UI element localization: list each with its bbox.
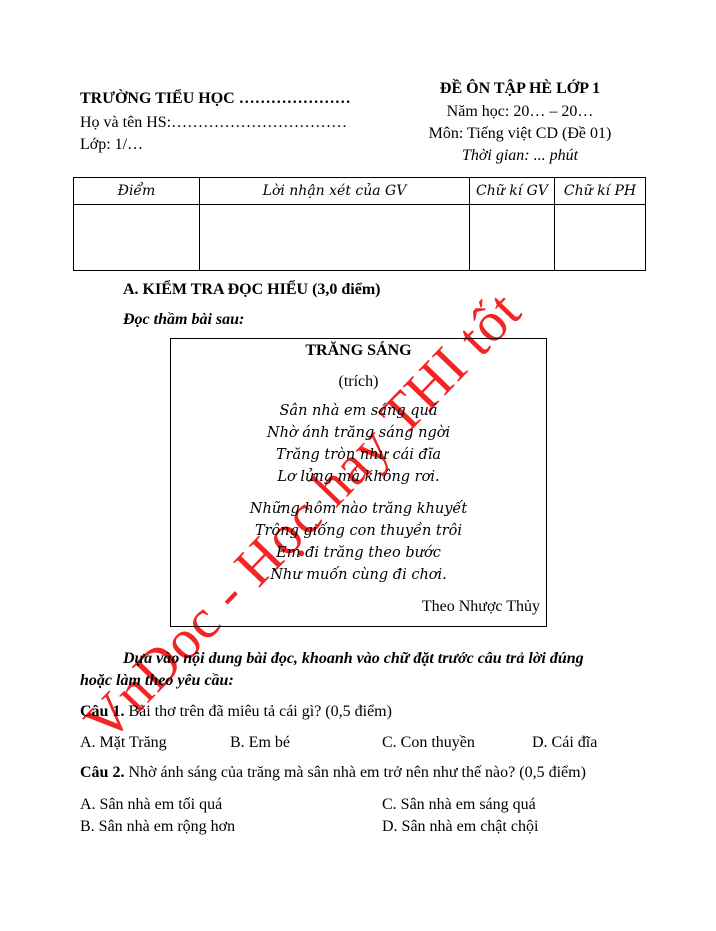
header-score: Điểm [74,178,200,205]
q2-option-a[interactable]: A. Sân nhà em tối quá [80,796,222,814]
question-1: Câu 1. Bài thơ trên đã miêu tả cái gì? (… [80,703,392,721]
student-name-field: Họ và tên HS:…………………………… [80,114,347,132]
q2-option-d[interactable]: D. Sân nhà em chật chội [382,818,538,836]
parent-signature-cell [555,205,646,271]
exam-title: ĐỀ ÔN TẬP HÈ LỚP 1 [390,80,650,98]
teacher-comment-cell [200,205,470,271]
section-a-title: A. KIỂM TRA ĐỌC HIỂU (3,0 điểm) [123,281,381,299]
poem-line: Trông giống con thuyền trôi [171,523,546,539]
header-teacher-comment: Lời nhận xét của GV [200,178,470,205]
header-parent-signature: Chữ kí PH [555,178,646,205]
poem-line: Em đi trăng theo bước [171,545,546,561]
school-name: TRƯỜNG TIỂU HỌC ………………… [80,90,351,108]
question-2-label: Câu 2. [80,764,124,781]
poem-line: Những hôm nào trăng khuyết [171,501,546,517]
question-1-label: Câu 1. [80,703,124,720]
q2-option-c[interactable]: C. Sân nhà em sáng quá [382,796,536,814]
q1-option-a[interactable]: A. Mặt Trăng [80,734,167,752]
poem-box: TRĂNG SÁNG (trích) Sân nhà em sáng quá N… [170,338,547,627]
poem-subtitle: (trích) [171,373,546,391]
school-year: Năm học: 20… – 20… [390,103,650,121]
q1-option-b[interactable]: B. Em bé [230,734,290,752]
class-field: Lớp: 1/… [80,136,143,154]
question-2: Câu 2. Nhờ ánh sáng của trăng mà sân nhà… [80,764,586,782]
reading-instruction: Đọc thầm bài sau: [123,311,244,329]
q1-option-d[interactable]: D. Cái đĩa [532,734,597,752]
grade-table: Điểm Lời nhận xét của GV Chữ kí GV Chữ k… [73,177,646,271]
task-instruction-line2: hoặc làm theo yêu cầu: [80,672,234,690]
poem-line: Như muốn cùng đi chơi. [171,567,546,583]
question-1-text: Bài thơ trên đã miêu tả cái gì? (0,5 điể… [124,703,391,720]
score-cell [74,205,200,271]
question-2-text: Nhờ ánh sáng của trăng mà sân nhà em trở… [124,764,585,781]
poem-author: Theo Nhược Thủy [422,598,540,616]
header-teacher-signature: Chữ kí GV [470,178,555,205]
q1-option-c[interactable]: C. Con thuyền [382,734,475,752]
q2-option-b[interactable]: B. Sân nhà em rộng hơn [80,818,235,836]
poem-line: Lơ lửng mà không rơi. [171,469,546,485]
teacher-signature-cell [470,205,555,271]
poem-line: Nhờ ánh trăng sáng ngời [171,425,546,441]
poem-title: TRĂNG SÁNG [171,342,546,360]
exam-time: Thời gian: ... phút [390,147,650,165]
poem-line: Sân nhà em sáng quá [171,403,546,419]
subject: Môn: Tiếng việt CD (Đề 01) [390,125,650,143]
poem-line: Trăng tròn như cái đĩa [171,447,546,463]
task-instruction-line1: Dựa vào nội dung bài đọc, khoanh vào chữ… [123,650,584,668]
